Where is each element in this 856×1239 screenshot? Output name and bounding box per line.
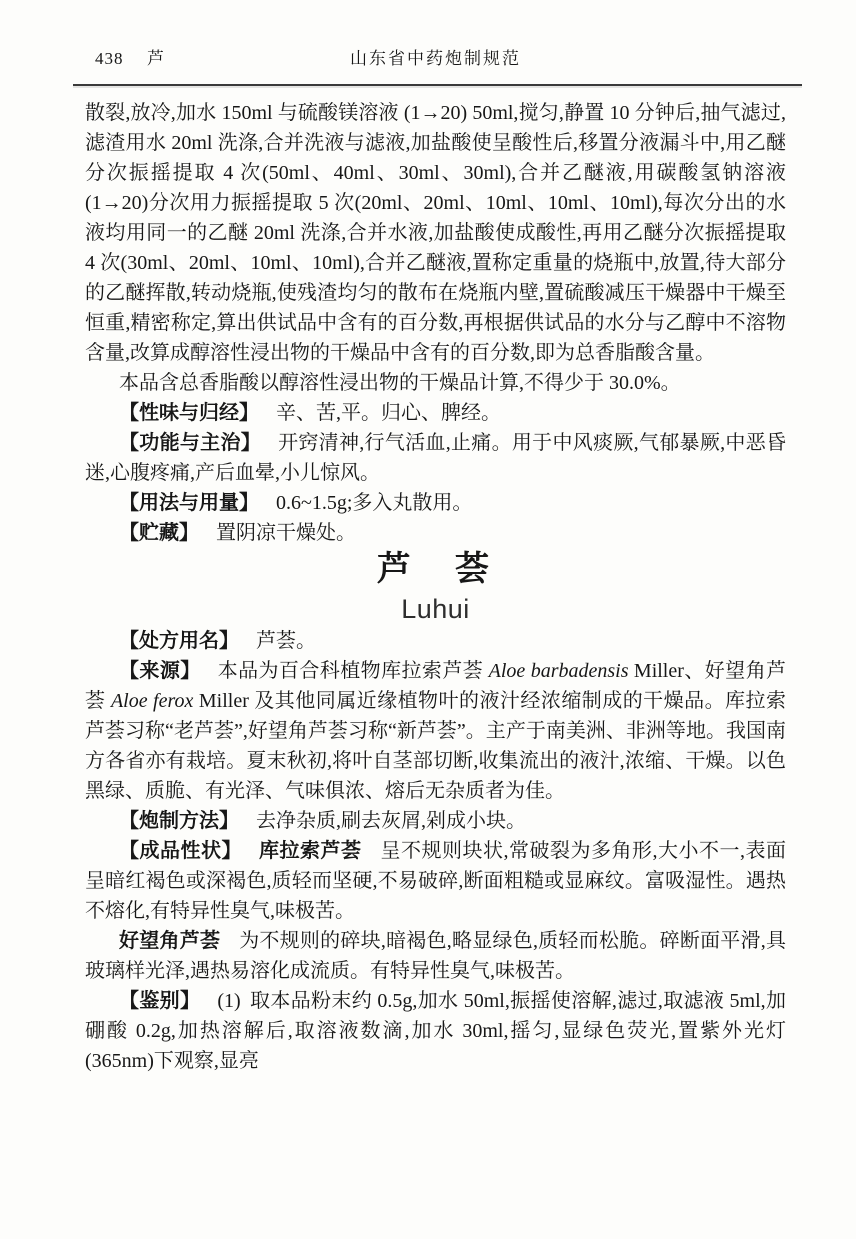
variety-name-cape-aloe: 好望角芦荟 bbox=[119, 930, 220, 952]
entry-identification: 【鉴别】(1)取本品粉末约 0.5g,加水 50ml,振摇使溶解,滤过,取滤液 … bbox=[85, 986, 786, 1076]
entry-product-characters-cape-aloe: 好望角芦荟为不规则的碎块,暗褐色,略显绿色,质轻而松脆。碎断面平滑,具玻璃样光泽… bbox=[85, 926, 786, 986]
entry-text: 置阴凉干燥处。 bbox=[216, 522, 356, 544]
entry-text: 0.6~1.5g;多入丸散用。 bbox=[276, 492, 472, 514]
entry-taste-meridian: 【性味与归经】辛、苦,平。归心、脾经。 bbox=[85, 398, 786, 428]
entry-prescription-name: 【处方用名】芦荟。 bbox=[85, 626, 786, 656]
latin-name-aloe-ferox: Aloe ferox bbox=[111, 690, 193, 712]
header-divider bbox=[73, 84, 802, 86]
entry-label: 【处方用名】 bbox=[119, 630, 239, 652]
entry-dosage: 【用法与用量】0.6~1.5g;多入丸散用。 bbox=[85, 488, 786, 518]
entry-text: 芦荟。 bbox=[256, 630, 316, 652]
monograph-pinyin: Luhui bbox=[85, 592, 786, 626]
assay-limit-paragraph: 本品含总香脂酸以醇溶性浸出物的干燥品计算,不得少于 30.0%。 bbox=[85, 368, 786, 398]
entry-storage: 【贮藏】置阴凉干燥处。 bbox=[85, 518, 786, 548]
assay-continuation-paragraph: 散裂,放冷,加水 150ml 与硫酸镁溶液 (1→20) 50ml,搅匀,静置 … bbox=[85, 98, 786, 368]
book-title: 山东省中药炮制规范 bbox=[85, 46, 786, 72]
running-header: 438 芦 山东省中药炮制规范 bbox=[85, 46, 786, 72]
monograph-title: 芦 荟 bbox=[85, 548, 786, 592]
source-text: 本品为百合科植物库拉索芦荟 bbox=[218, 660, 489, 682]
text-column: 散裂,放冷,加水 150ml 与硫酸镁溶液 (1→20) 50ml,搅匀,静置 … bbox=[85, 98, 786, 1076]
assay-limit-text: 本品含总香脂酸以醇溶性浸出物的干燥品计算,不得少于 30.0%。 bbox=[119, 372, 681, 394]
entry-label: 【功能与主治】 bbox=[119, 432, 261, 454]
entry-label: 【用法与用量】 bbox=[119, 492, 259, 514]
variety-name-curacao-aloe: 库拉索芦荟 bbox=[259, 840, 362, 862]
entry-function-indication: 【功能与主治】开窍清神,行气活血,止痛。用于中风痰厥,气郁暴厥,中恶昏迷,心腹疼… bbox=[85, 428, 786, 488]
entry-product-characters: 【成品性状】库拉索芦荟呈不规则块状,常破裂为多角形,大小不一,表面呈暗红褐色或深… bbox=[85, 836, 786, 926]
entry-label: 【成品性状】 bbox=[119, 840, 242, 862]
entry-label: 【来源】 bbox=[119, 660, 201, 682]
entry-label: 【性味与归经】 bbox=[119, 402, 259, 424]
entry-label: 【贮藏】 bbox=[119, 522, 199, 544]
latin-name-aloe-barbadensis: Aloe barbadensis bbox=[489, 660, 629, 682]
book-page: 438 芦 山东省中药炮制规范 散裂,放冷,加水 150ml 与硫酸镁溶液 (1… bbox=[0, 0, 856, 1239]
entry-text: 去净杂质,刷去灰屑,剁成小块。 bbox=[256, 810, 526, 832]
assay-continuation-text: 散裂,放冷,加水 150ml 与硫酸镁溶液 (1→20) 50ml,搅匀,静置 … bbox=[85, 102, 786, 364]
entry-processing-method: 【炮制方法】去净杂质,刷去灰屑,剁成小块。 bbox=[85, 806, 786, 836]
entry-label: 【炮制方法】 bbox=[119, 810, 239, 832]
entry-text: 辛、苦,平。归心、脾经。 bbox=[276, 402, 501, 424]
entry-label: 【鉴别】 bbox=[119, 990, 200, 1012]
entry-source: 【来源】本品为百合科植物库拉索芦荟 Aloe barbadensis Mille… bbox=[85, 656, 786, 806]
identification-item-number: (1) bbox=[217, 990, 240, 1012]
